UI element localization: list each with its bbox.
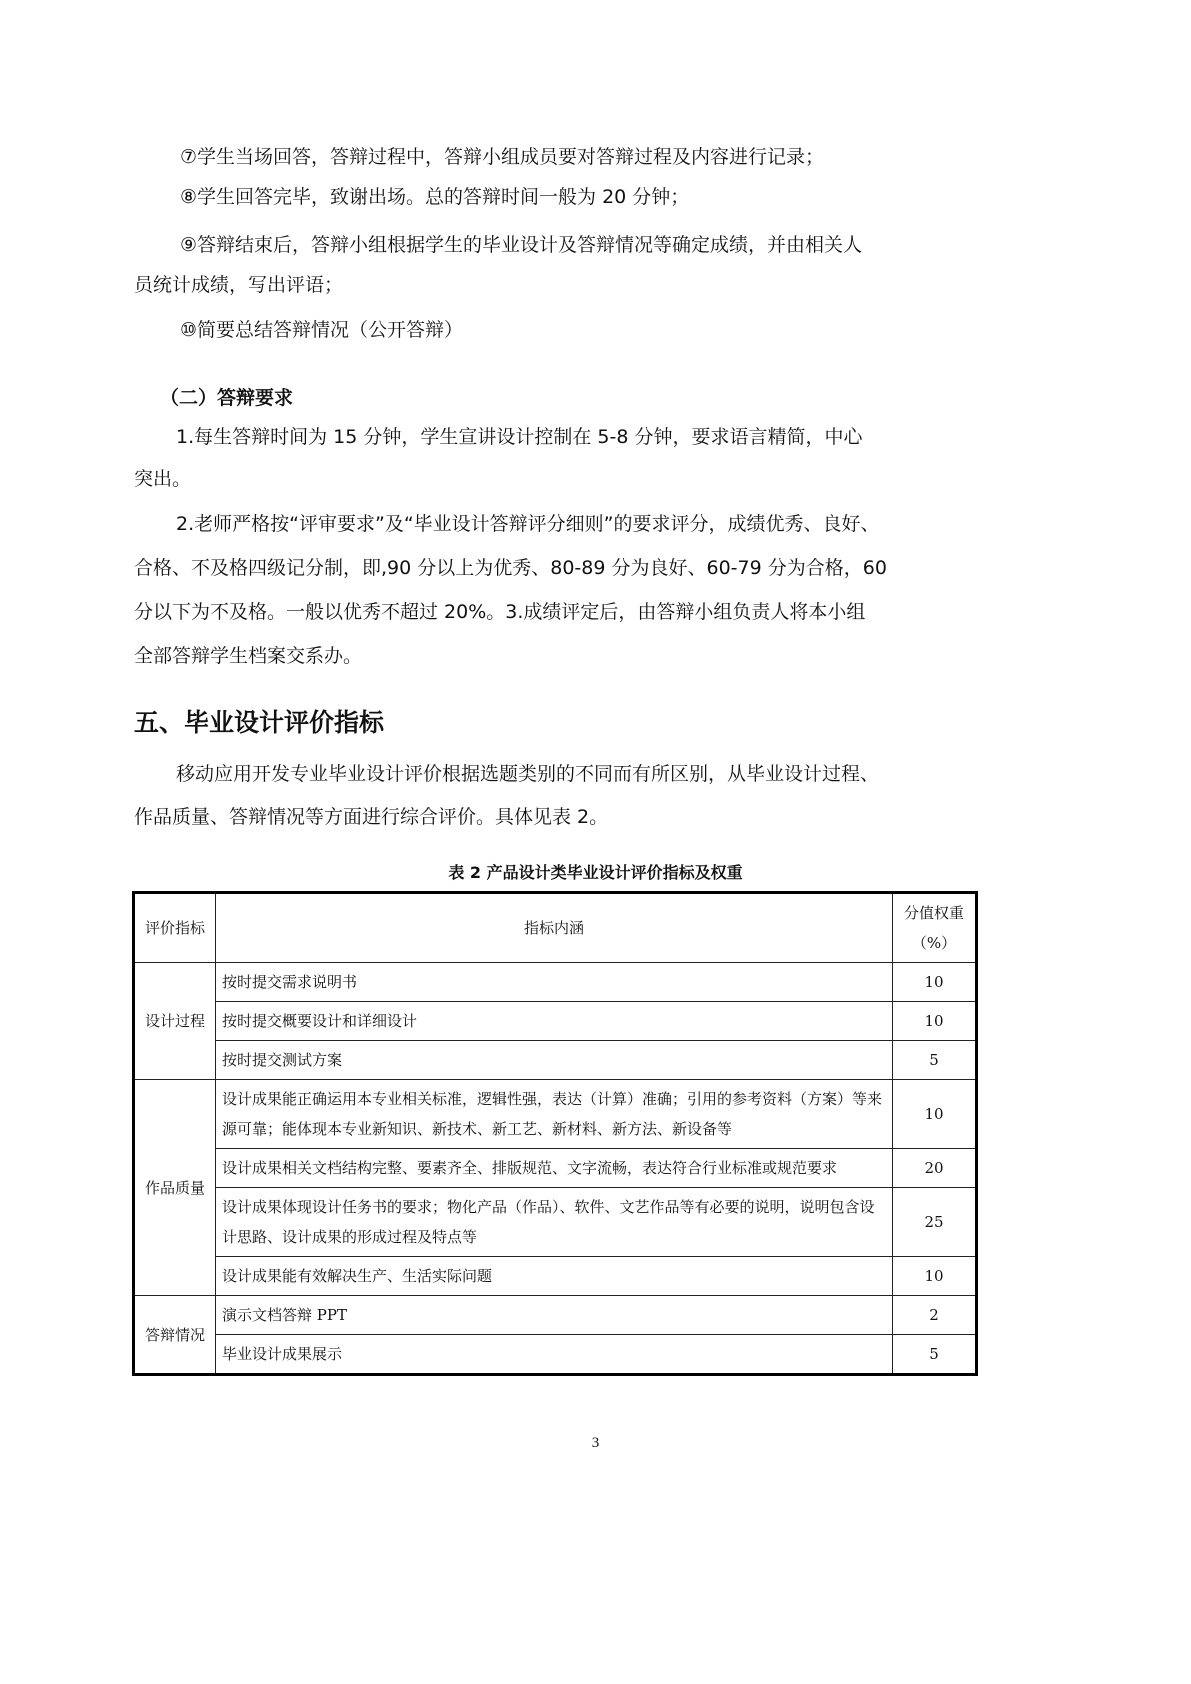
paragraph-step-9-cont: 员统计成绩，写出评语；: [134, 273, 343, 297]
header-category: 评价指标: [134, 893, 216, 963]
requirement-2: 2.老师严格按“评审要求”及“毕业设计答辩评分细则”的要求评分，成绩优秀、良好、: [176, 512, 880, 536]
content-cell: 按时提交概要设计和详细设计: [216, 1002, 893, 1041]
weight-cell: 2: [893, 1296, 977, 1335]
weight-cell: 10: [893, 1002, 977, 1041]
paragraph-step-9: ⑨答辩结束后，答辩小组根据学生的毕业设计及答辩情况等确定成绩，并由相关人: [180, 233, 862, 257]
section-intro-cont: 作品质量、答辩情况等方面进行综合评价。具体见表 2。: [134, 805, 608, 829]
section-title: 五、毕业设计评价指标: [134, 703, 384, 739]
category-cell: 设计过程: [134, 963, 216, 1080]
header-weight-label: 分值权重: [894, 898, 974, 928]
evaluation-table: 评价指标 指标内涵 分值权重 （%） 设计过程 按时提交需求说明书 10 按时提…: [132, 891, 978, 1376]
content-cell: 设计成果体现设计任务书的要求；物化产品（作品）、软件、文艺作品等有必要的说明，说…: [216, 1188, 893, 1257]
table-row: 设计过程 按时提交需求说明书 10: [134, 963, 977, 1002]
table-row: 按时提交概要设计和详细设计 10: [134, 1002, 977, 1041]
requirement-1-cont: 突出。: [134, 467, 191, 491]
weight-cell: 20: [893, 1149, 977, 1188]
requirement-2-cont2: 分以下为不及格。一般以优秀不超过 20%。3.成绩评定后，由答辩小组负责人将本小…: [134, 600, 865, 624]
header-content: 指标内涵: [216, 893, 893, 963]
header-weight-unit: （%）: [894, 928, 974, 958]
content-cell: 设计成果相关文档结构完整、要素齐全、排版规范、文字流畅，表达符合行业标准或规范要…: [216, 1149, 893, 1188]
paragraph-step-8: ⑧学生回答完毕，致谢出场。总的答辩时间一般为 20 分钟；: [180, 185, 689, 209]
table-caption: 表 2 产品设计类毕业设计评价指标及权重: [0, 860, 1191, 883]
requirement-1: 1.每生答辩时间为 15 分钟，学生宣讲设计控制在 5-8 分钟，要求语言精简，…: [176, 425, 863, 449]
section-intro: 移动应用开发专业毕业设计评价根据选题类别的不同而有所区别，从毕业设计过程、: [176, 762, 879, 786]
category-cell: 答辩情况: [134, 1296, 216, 1375]
content-cell: 按时提交测试方案: [216, 1041, 893, 1080]
content-cell: 演示文档答辩 PPT: [216, 1296, 893, 1335]
weight-cell: 25: [893, 1188, 977, 1257]
requirement-2-cont3: 全部答辩学生档案交系办。: [134, 644, 362, 668]
page-number: 3: [0, 1435, 1191, 1452]
table-row: 作品质量 设计成果能正确运用本专业相关标准，逻辑性强，表达（计算）准确；引用的参…: [134, 1080, 977, 1149]
requirement-2-cont1: 合格、不及格四级记分制，即,90 分以上为优秀、80-89 分为良好、60-79…: [134, 556, 887, 580]
weight-cell: 10: [893, 963, 977, 1002]
paragraph-step-7: ⑦学生当场回答，答辩过程中，答辩小组成员要对答辩过程及内容进行记录；: [180, 145, 824, 169]
weight-cell: 5: [893, 1041, 977, 1080]
subsection-title: （二）答辩要求: [160, 383, 293, 410]
table-row: 设计成果体现设计任务书的要求；物化产品（作品）、软件、文艺作品等有必要的说明，说…: [134, 1188, 977, 1257]
weight-cell: 10: [893, 1080, 977, 1149]
weight-cell: 5: [893, 1335, 977, 1375]
content-cell: 按时提交需求说明书: [216, 963, 893, 1002]
weight-cell: 10: [893, 1257, 977, 1296]
content-cell: 毕业设计成果展示: [216, 1335, 893, 1375]
table-row: 设计成果能有效解决生产、生活实际问题 10: [134, 1257, 977, 1296]
paragraph-step-10: ⑩简要总结答辩情况（公开答辩）: [180, 318, 463, 342]
table-row: 设计成果相关文档结构完整、要素齐全、排版规范、文字流畅，表达符合行业标准或规范要…: [134, 1149, 977, 1188]
table-row: 毕业设计成果展示 5: [134, 1335, 977, 1375]
header-weight: 分值权重 （%）: [893, 893, 977, 963]
content-cell: 设计成果能正确运用本专业相关标准，逻辑性强，表达（计算）准确；引用的参考资料（方…: [216, 1080, 893, 1149]
content-cell: 设计成果能有效解决生产、生活实际问题: [216, 1257, 893, 1296]
table-row: 按时提交测试方案 5: [134, 1041, 977, 1080]
table-header-row: 评价指标 指标内涵 分值权重 （%）: [134, 893, 977, 963]
table-row: 答辩情况 演示文档答辩 PPT 2: [134, 1296, 977, 1335]
category-cell: 作品质量: [134, 1080, 216, 1296]
